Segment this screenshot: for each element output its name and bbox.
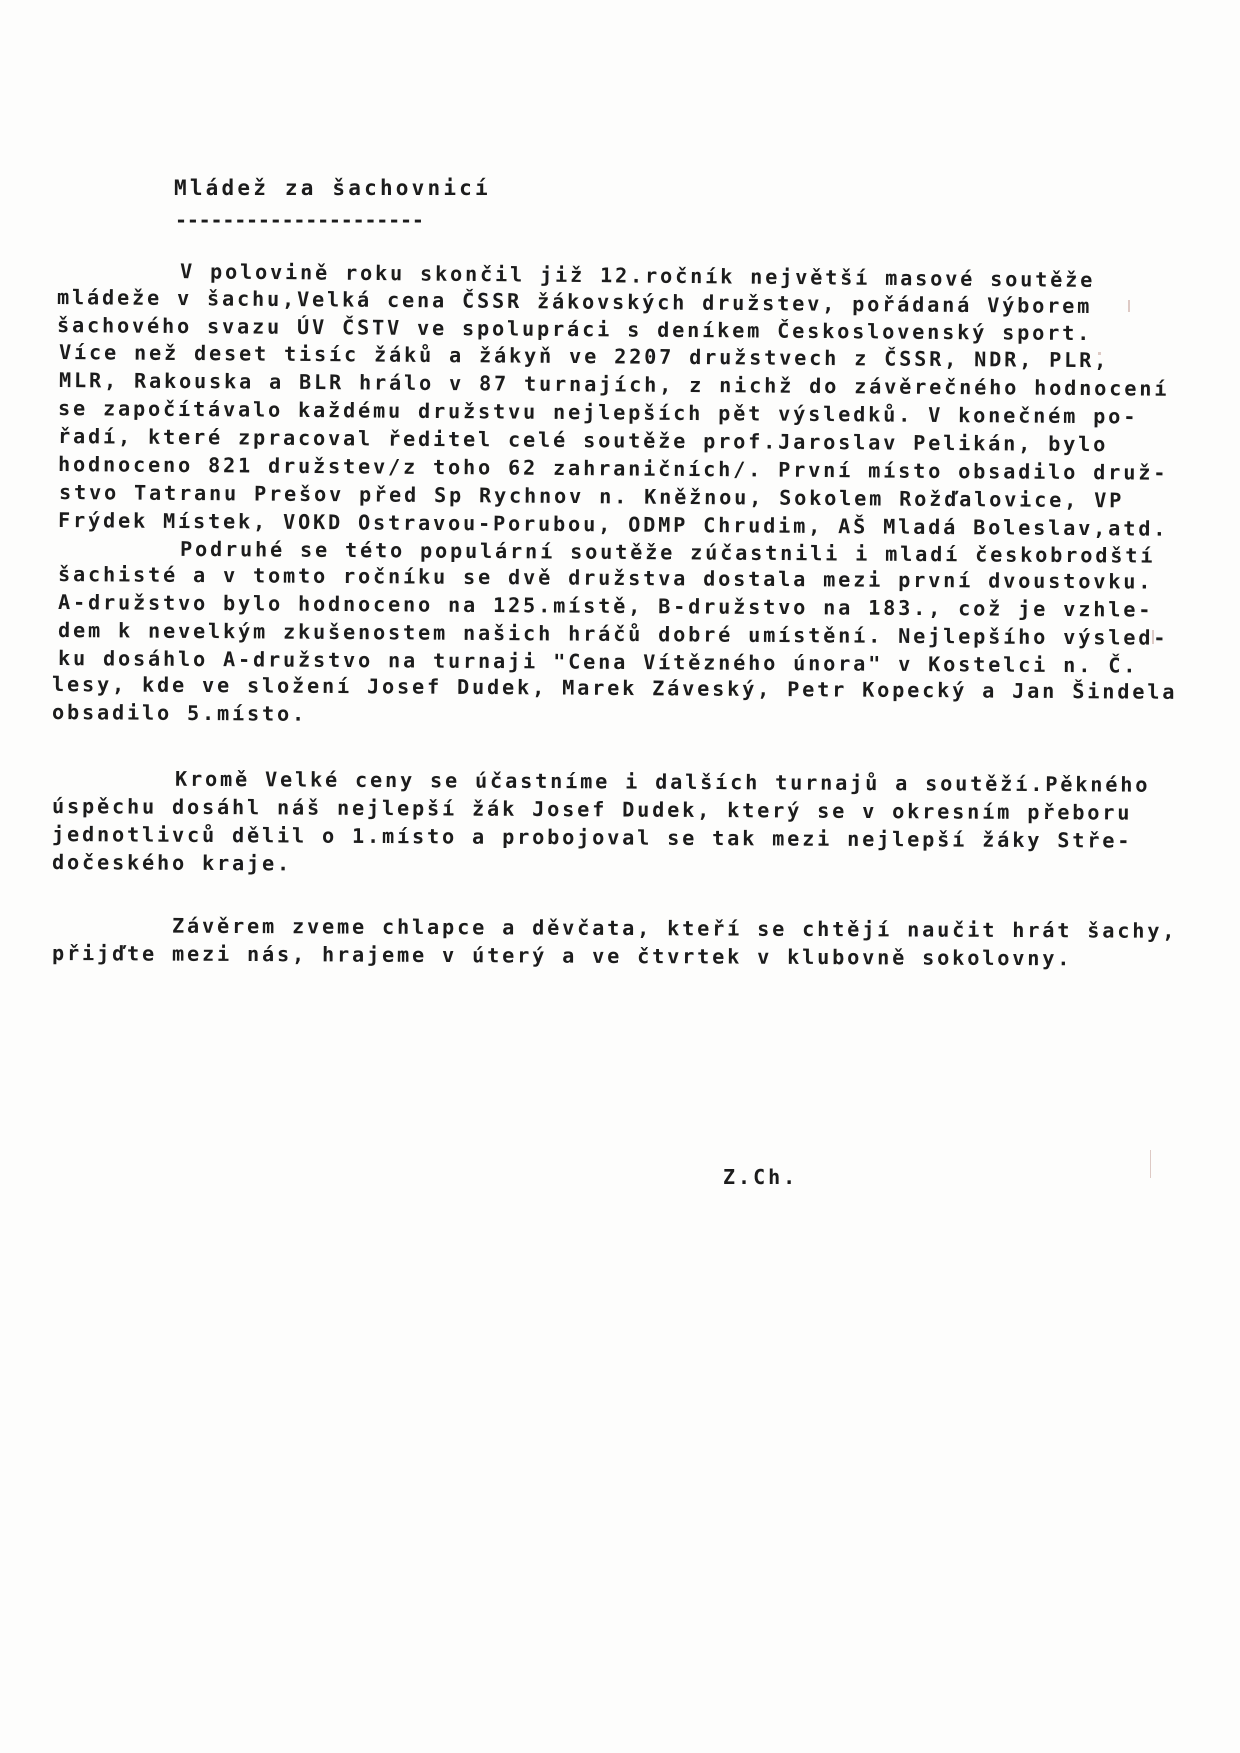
- text-line: šachisté a v tomto ročníku se dvě družst…: [58, 562, 1153, 594]
- text-line: stvo Tatranu Prešov před Sp Rychnov n. K…: [59, 480, 1124, 512]
- text-line: MLR, Rakouska a BLR hrálo v 87 turnajích…: [59, 368, 1169, 401]
- text-line: úspěchu dosáhl náš nejlepší žák Josef Du…: [52, 794, 1132, 825]
- text-line: hodnoceno 821 družstev/z toho 62 zahrani…: [58, 452, 1168, 485]
- text-line: se započítávalo každému družstvu nejlepš…: [58, 396, 1138, 428]
- text-line: jednotlivců dělil o 1.místo a probojoval…: [52, 822, 1132, 853]
- text-line: A-družstvo bylo hodnoceno na 125.místě, …: [58, 590, 1153, 622]
- text-line: Frýdek Místek, VOKD Ostravou-Porubou, OD…: [58, 508, 1168, 541]
- paper-speck: [1152, 630, 1154, 644]
- text-line: lesy, kde ve složení Josef Dudek, Marek …: [52, 672, 1177, 704]
- text-line: obsadilo 5.místo.: [52, 700, 307, 726]
- paper-speck: [1128, 300, 1130, 312]
- text-line: dočeského kraje.: [52, 850, 292, 875]
- text-line: dem k nevelkým zkušenostem našich hráčů …: [58, 618, 1168, 650]
- text-line: řadí, které zpracoval ředitel celé soutě…: [58, 424, 1108, 456]
- signature: Z.Ch.: [723, 1165, 798, 1189]
- title-underline: ---------------------: [175, 208, 424, 232]
- typewritten-page: Mládež za šachovnicí -------------------…: [0, 0, 1240, 1753]
- article-title: Mládež za šachovnicí: [174, 176, 491, 200]
- text-line: Kromě Velké ceny se účastníme i dalších …: [55, 766, 1150, 797]
- text-line: Více než deset tisíc žáků a žákyň ve 220…: [59, 340, 1109, 372]
- paper-speck: [1098, 352, 1101, 355]
- text-line: Závěrem zveme chlapce a děvčata, kteří s…: [52, 913, 1177, 943]
- text-line: přijďte mezi nás, hrajeme v úterý a ve č…: [52, 941, 1072, 970]
- paper-speck: [1150, 1150, 1151, 1178]
